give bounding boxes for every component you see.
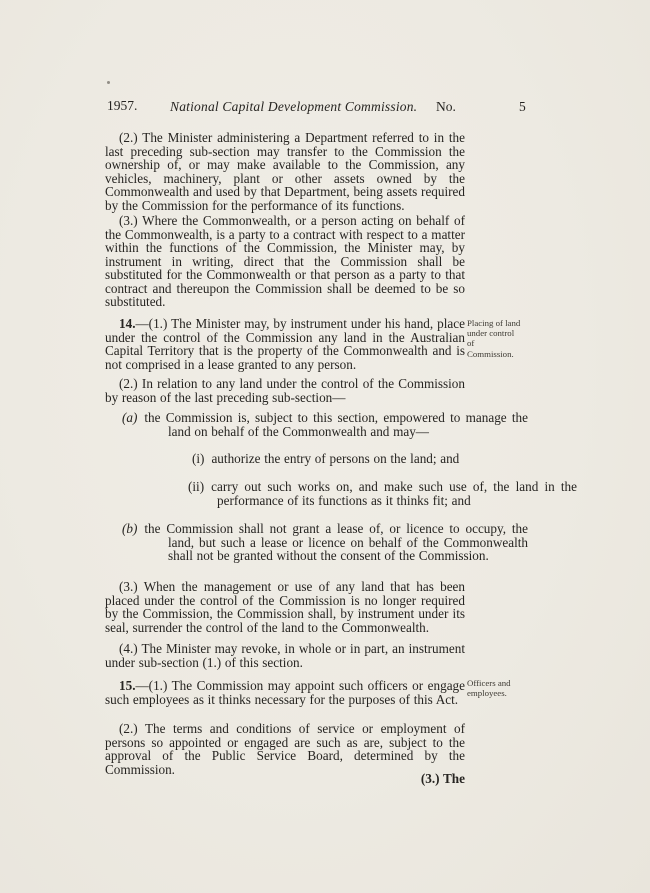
paragraph-s14-1: 14.—(1.) The Minister may, by instrument… [105,317,465,371]
scanned-document-page: 1957. National Capital Development Commi… [0,0,650,893]
item-b-text: the Commission shall not grant a lease o… [144,521,528,563]
paragraph-s14-3: (3.) When the management or use of any l… [105,580,465,634]
item-ii-marker: (ii) [188,479,204,494]
paragraph-s14-4: (4.) The Minister may revoke, in whole o… [105,642,465,669]
scan-speck [107,81,110,84]
item-ii-text: carry out such works on, and make such u… [211,479,577,508]
item-b-marker: (b) [122,521,137,536]
paragraph-s15-1-text: —(1.) The Commission may appoint such of… [105,678,465,707]
list-item-a: (a)the Commission is, subject to this se… [105,411,528,438]
margin-note-s14: Placing of land under control of Commiss… [467,318,523,359]
item-i-marker: (i) [192,451,204,466]
list-item-ii: (ii)carry out such works on, and make su… [105,480,577,507]
catchword: (3.) The [105,772,465,786]
page-number: 5 [519,99,526,115]
item-i-text: authorize the entry of persons on the la… [211,451,459,466]
running-head: 1957. National Capital Development Commi… [105,98,535,116]
header-year: 1957. [107,98,137,114]
paragraph-s14-2: (2.) In relation to any land under the c… [105,377,465,404]
paragraph-s15-1: 15.—(1.) The Commission may appoint such… [105,679,465,706]
paragraph-s15-2: (2.) The terms and conditions of service… [105,722,465,776]
item-a-marker: (a) [122,410,137,425]
margin-note-s15: Officers and employees. [467,678,523,698]
paragraph-s13-3: (3.) Where the Commonwealth, or a person… [105,214,465,309]
list-item-i: (i)authorize the entry of persons on the… [105,452,577,466]
paragraph-s13-2: (2.) The Minister administering a Depart… [105,131,465,212]
paragraph-s14-1-text: —(1.) The Minister may, by instrument un… [105,316,465,372]
item-a-text: the Commission is, subject to this secti… [144,410,528,439]
header-number-label: No. [436,99,456,115]
list-item-b: (b)the Commission shall not grant a leas… [105,522,528,563]
header-act-title: National Capital Development Commission. [170,99,417,115]
